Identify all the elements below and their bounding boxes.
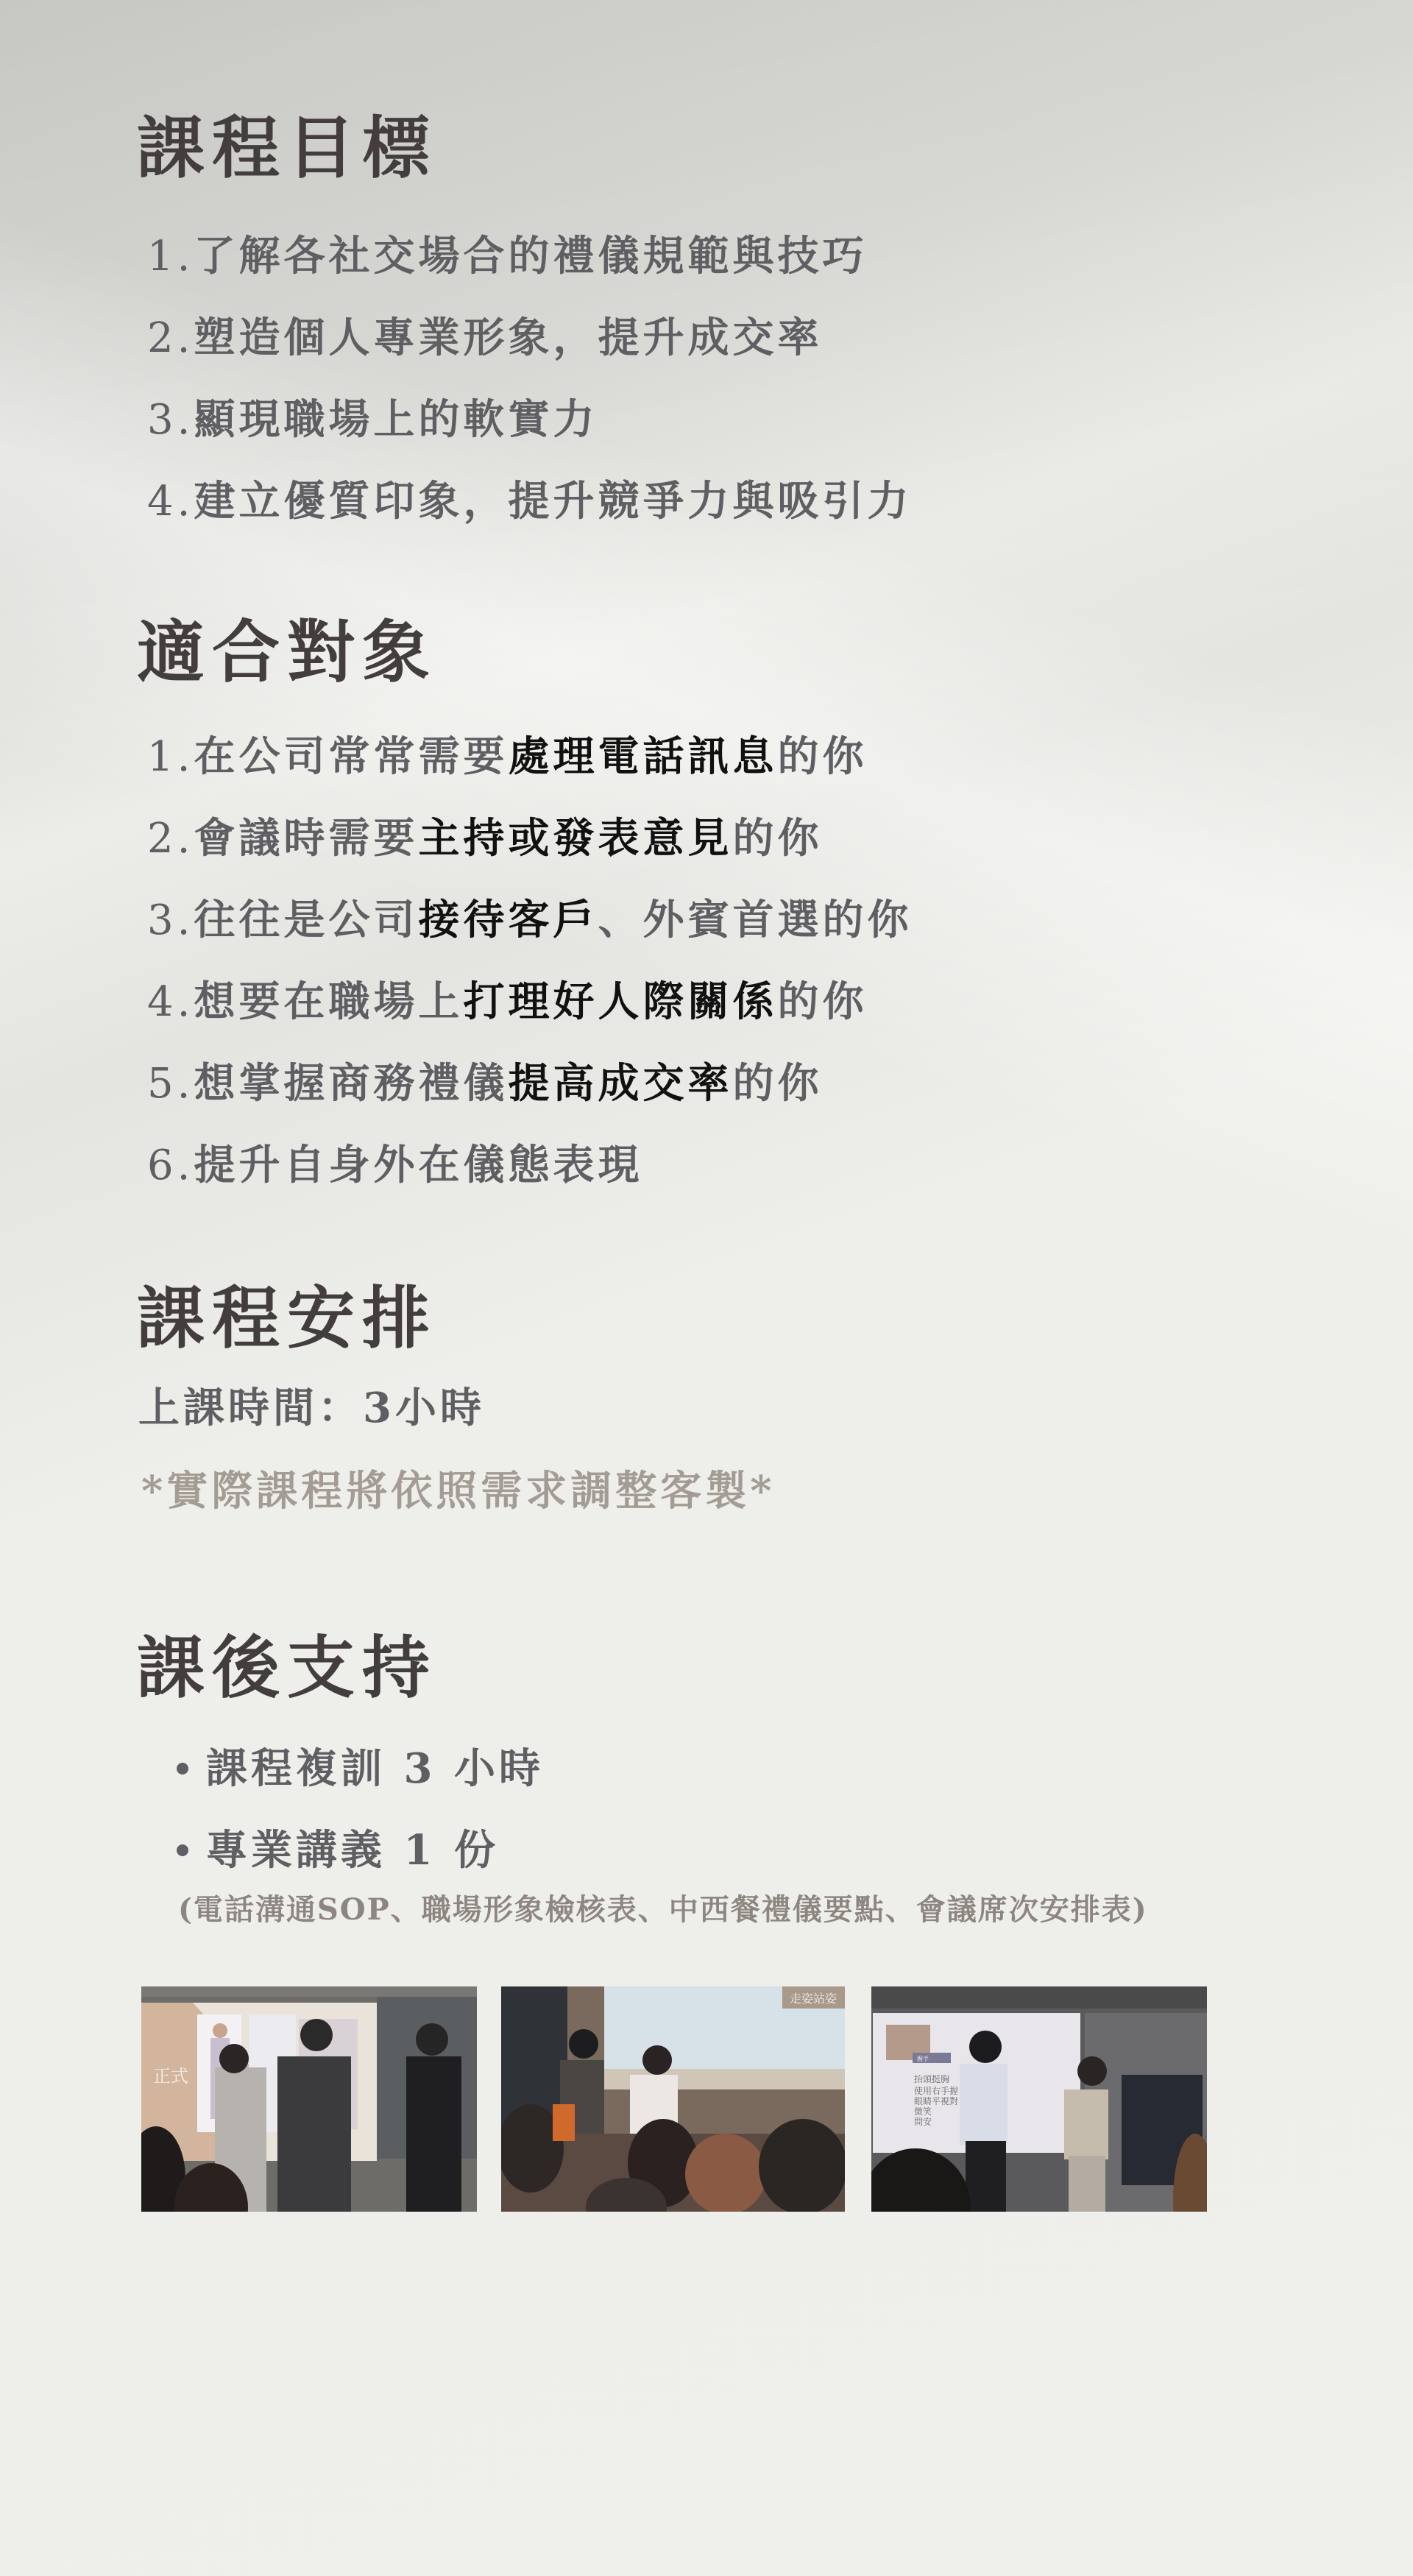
audience-item: 1.在公司常常需要處理電話訊息的你: [147, 736, 867, 778]
schedule-title: 課程安排: [137, 1284, 437, 1352]
audience-item: 6.提升自身外在儀態表現: [147, 1144, 642, 1186]
classroom-photo-image: 正式: [141, 1986, 477, 2212]
support-bullet: 專業講義 1 份: [177, 1830, 499, 1871]
audience-item: 5.想掌握商務禮儀提高成交率的你: [147, 1063, 822, 1105]
goals-item: 1.了解各社交場合的禮儀規範與技巧: [147, 236, 867, 277]
svg-text:使用右手握: 使用右手握: [914, 2085, 958, 2096]
svg-text:微笑: 微笑: [914, 2106, 932, 2117]
audience-item: 4.想要在職場上打理好人際關係的你: [147, 981, 867, 1023]
bullet-dot-icon: [177, 1844, 188, 1856]
svg-text:走姿站姿: 走姿站姿: [790, 1992, 837, 2006]
photo-tie-demo: 正式: [141, 1986, 477, 2212]
classroom-photo-image: 走姿站姿: [501, 1986, 845, 2212]
audience-item: 2.會議時需要主持或發表意見的你: [147, 818, 822, 860]
svg-text:握手: 握手: [917, 2055, 929, 2062]
svg-text:眼睛平視對: 眼睛平視對: [914, 2095, 958, 2106]
photo-handshake-demo: 握手 抬頭挺胸 使用右手握 眼睛平視對 微笑 問安: [871, 1986, 1207, 2212]
svg-text:抬頭挺胸: 抬頭挺胸: [914, 2073, 949, 2084]
support-title: 課後支持: [137, 1634, 437, 1702]
handout-detail: (電話溝通SOP、職場形象檢核表、中西餐禮儀要點、會議席次安排表): [178, 1895, 1148, 1925]
audience-title: 適合對象: [137, 618, 437, 686]
classroom-photo-image: 握手 抬頭挺胸 使用右手握 眼睛平視對 微笑 問安: [871, 1986, 1207, 2212]
support-bullet: 課程複訓 3 小時: [177, 1748, 544, 1789]
bullet-dot-icon: [177, 1763, 188, 1774]
schedule-duration: 上課時間：3小時: [138, 1387, 485, 1429]
svg-text:問安: 問安: [914, 2116, 932, 2127]
photo-business-card-demo: 走姿站姿: [501, 1986, 845, 2212]
goals-item: 3.顯現職場上的軟實力: [147, 399, 598, 441]
goals-title: 課程目標: [137, 114, 437, 182]
goals-item: 4.建立優質印象，提升競爭力與吸引力: [147, 481, 912, 523]
schedule-note: *實際課程將依照需求調整客製*: [141, 1471, 776, 1512]
svg-text:正式: 正式: [153, 2066, 188, 2087]
goals-item: 2.塑造個人專業形象，提升成交率: [147, 317, 822, 359]
background-sheen: [0, 0, 1413, 1914]
audience-item: 3.往往是公司接待客戶、外賓首選的你: [147, 899, 912, 941]
